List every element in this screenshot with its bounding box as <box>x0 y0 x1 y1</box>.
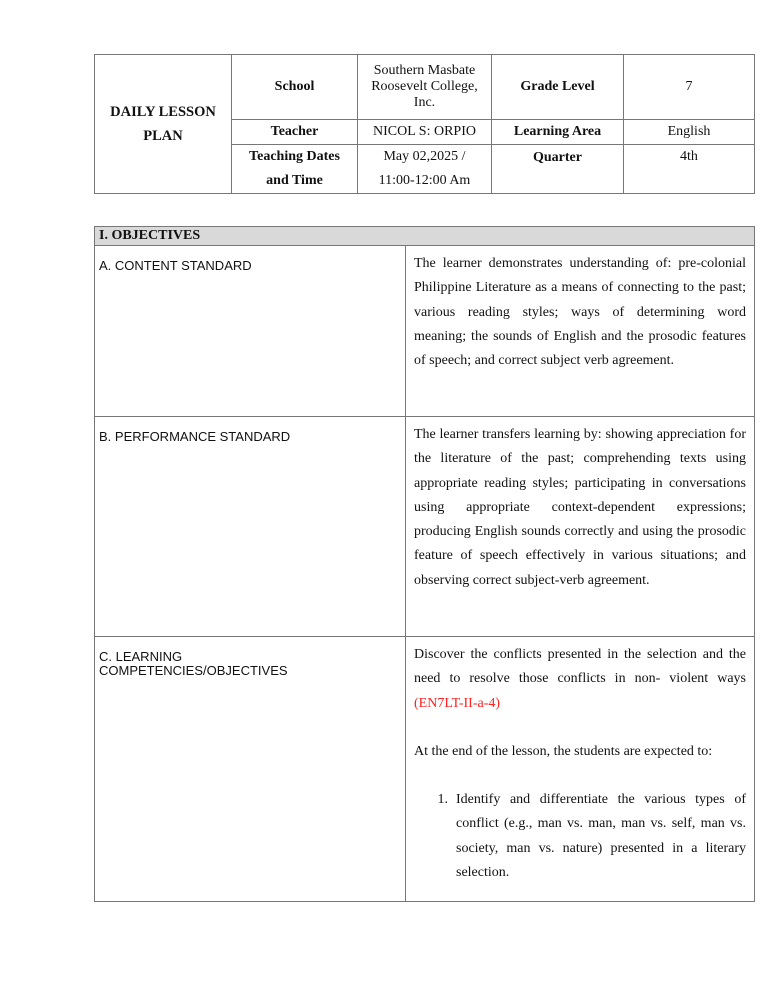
teaching-dates-label: Teaching Dates and Time <box>232 145 358 194</box>
learning-competencies-content: Discover the conflicts presented in the … <box>406 637 755 902</box>
quarter-label: Quarter <box>492 145 624 194</box>
objectives-intro: At the end of the lesson, the students a… <box>414 740 746 764</box>
performance-standard-label: B. PERFORMANCE STANDARD <box>95 417 406 637</box>
competency-text: Discover the conflicts presented in the … <box>414 643 746 716</box>
learning-competencies-label: C. LEARNING COMPETENCIES/OBJECTIVES <box>95 637 406 902</box>
learning-area-label: Learning Area <box>492 120 624 145</box>
document-title: DAILY LESSON PLAN <box>95 55 232 194</box>
content-standard-text: The learner demonstrates understanding o… <box>406 246 755 417</box>
quarter-value: 4th <box>624 145 755 194</box>
learning-area-value: English <box>624 120 755 145</box>
school-label: School <box>232 55 358 120</box>
teaching-dates-value: May 02,2025 / 11:00-12:00 Am <box>358 145 492 194</box>
teacher-label: Teacher <box>232 120 358 145</box>
lesson-plan-header-table: DAILY LESSON PLAN School Southern Masbat… <box>94 54 755 194</box>
objective-list-item: 1. Identify and differentiate the variou… <box>414 788 746 885</box>
school-value: Southern Masbate Roosevelt College, Inc. <box>358 55 492 120</box>
grade-level-value: 7 <box>624 55 755 120</box>
content-standard-label: A. CONTENT STANDARD <box>95 246 406 417</box>
teacher-value: NICOL S: ORPIO <box>358 120 492 145</box>
grade-level-label: Grade Level <box>492 55 624 120</box>
performance-standard-text: The learner transfers learning by: showi… <box>406 417 755 637</box>
objectives-section-header: I. OBJECTIVES <box>95 227 755 246</box>
competency-code: (EN7LT-II-a-4) <box>414 696 500 711</box>
objectives-table: I. OBJECTIVES A. CONTENT STANDARD The le… <box>94 226 755 902</box>
